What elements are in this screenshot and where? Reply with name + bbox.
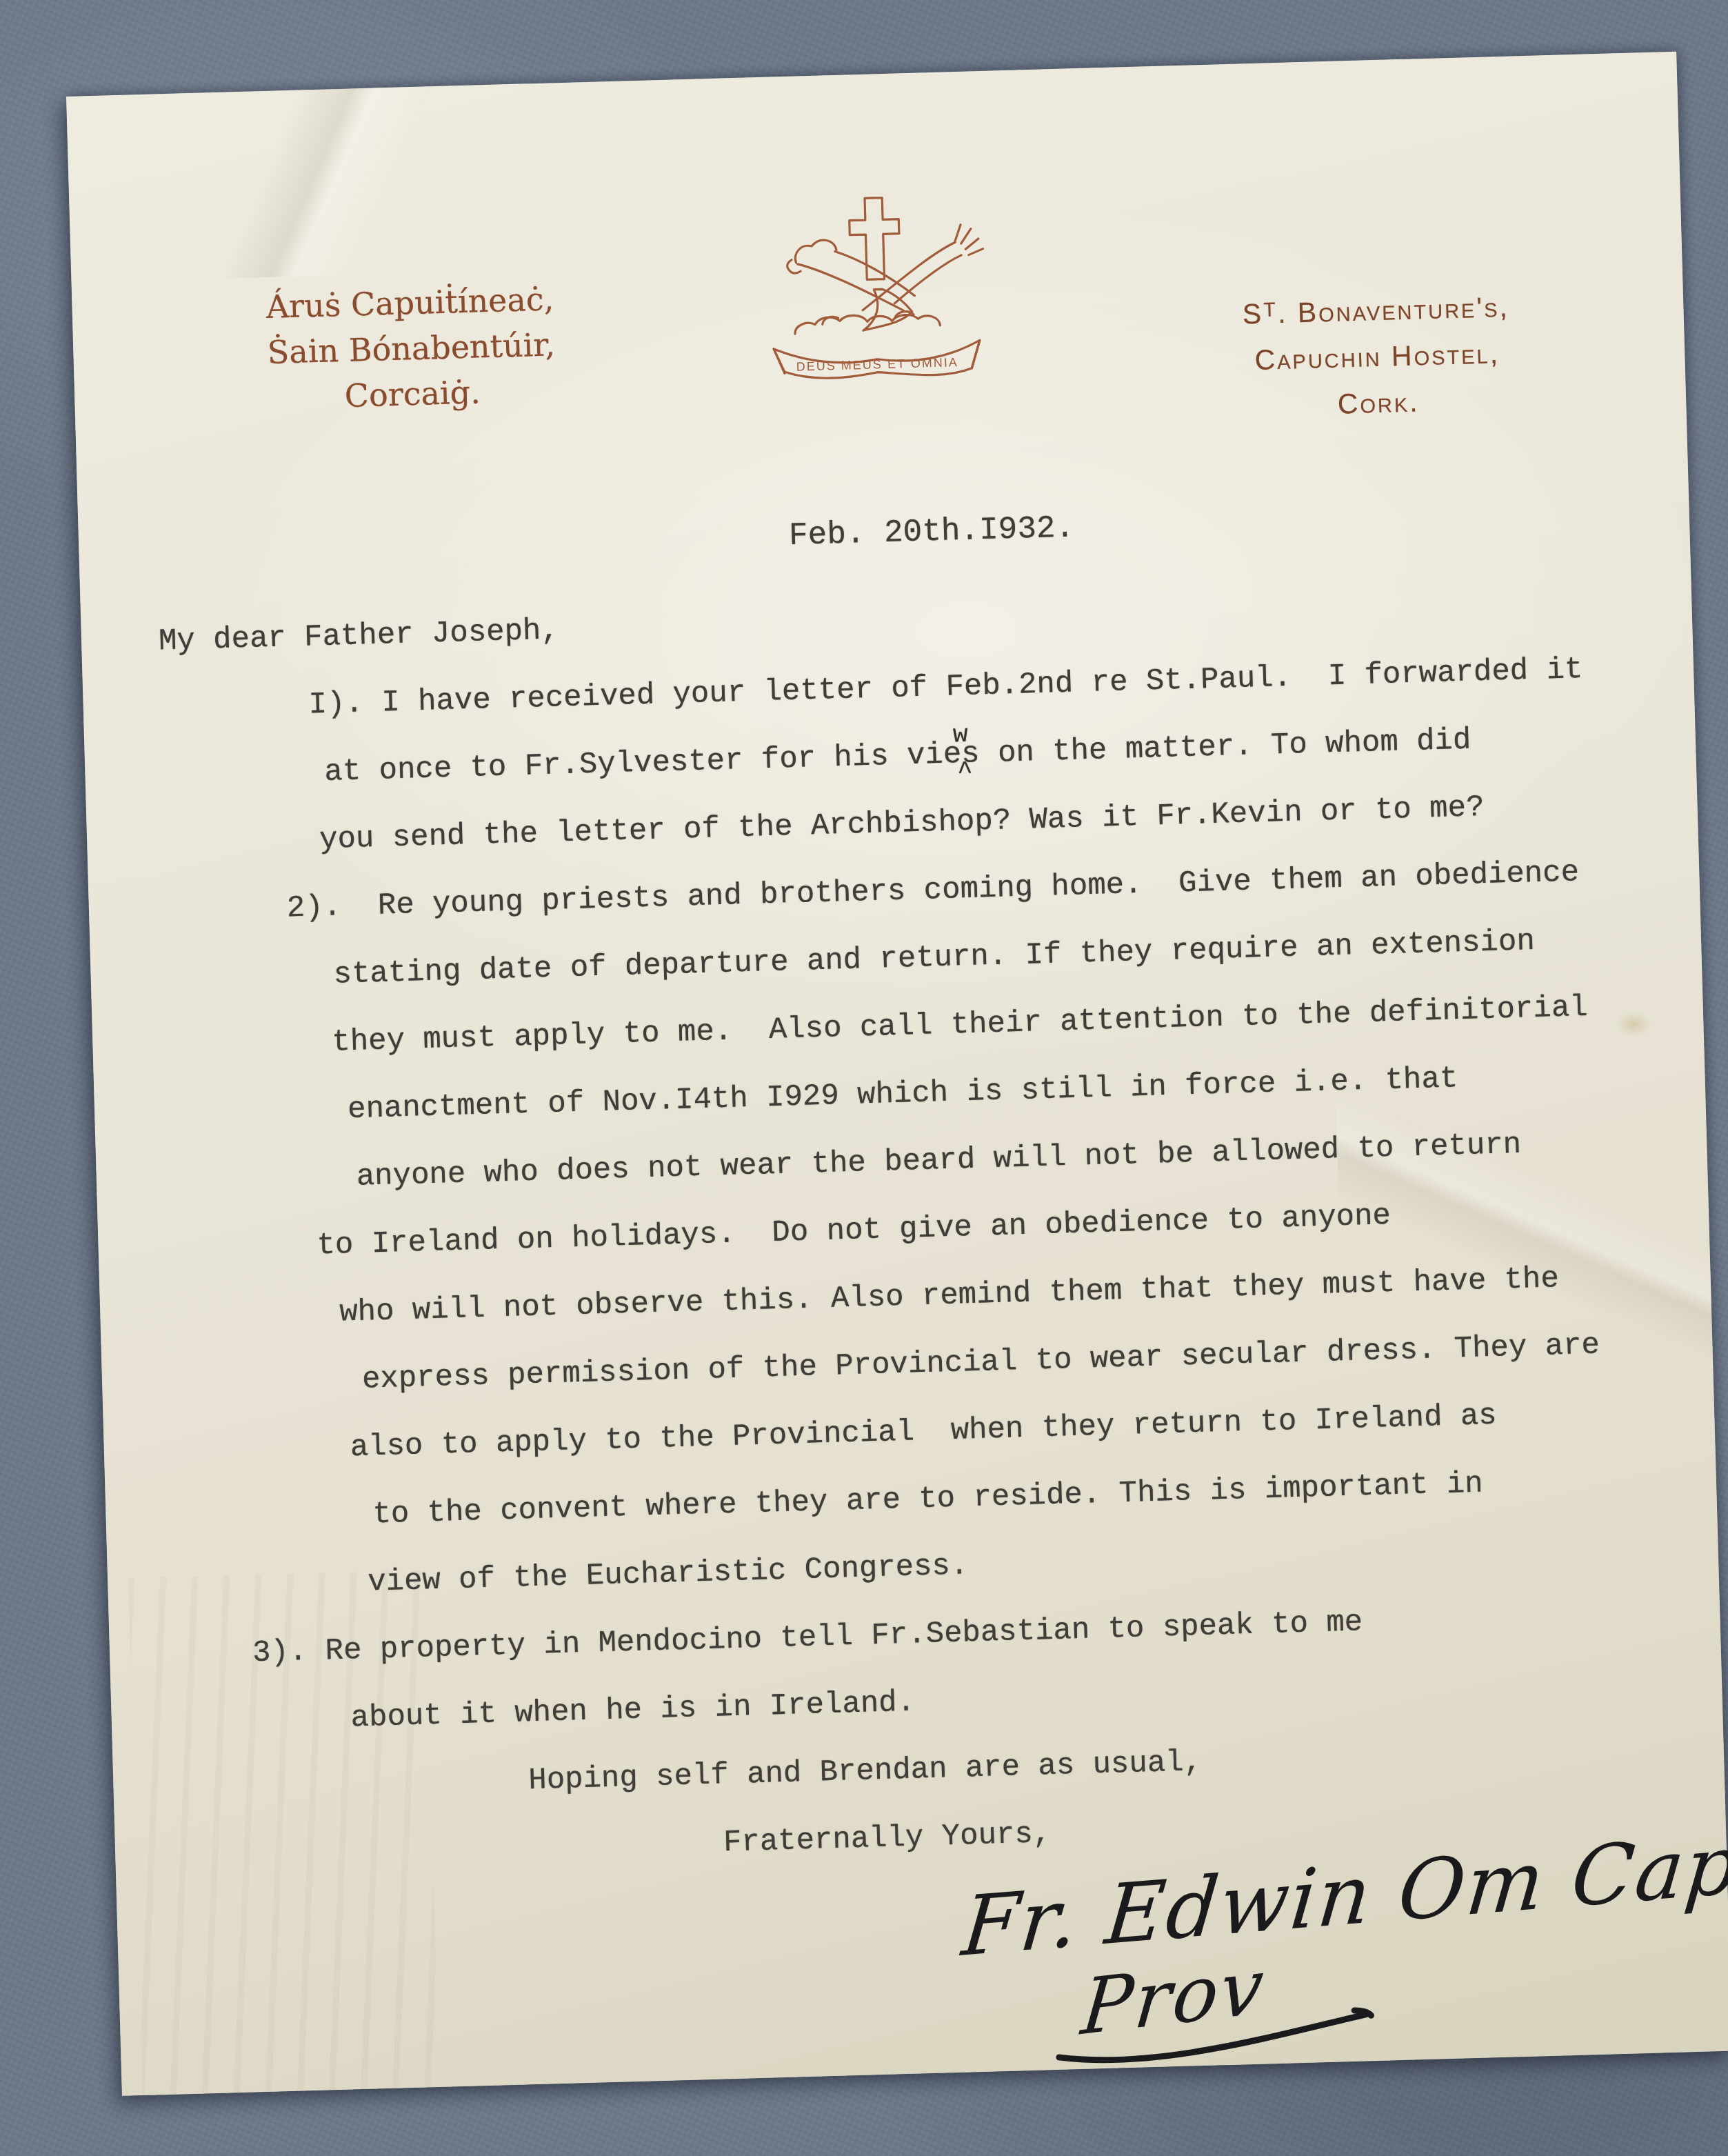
insertion-anchor: sw^ — [961, 720, 981, 788]
line-segment: on the matter. To whom did — [979, 723, 1471, 771]
english-address-line: Cork. — [1198, 375, 1558, 431]
motto-ribbon: DEUS MEUS ET OMNIA — [774, 340, 981, 379]
letter-date: Feb. 20th.I932. — [788, 510, 1074, 554]
letterhead-english-address: Sᵀ. Bonaventure's, Capuchin Hostel, Cork… — [1196, 283, 1558, 431]
letter-paper: Áruṡ Capuiṫíneaċ, Ṡain Bónabentúir, Corc… — [66, 52, 1728, 2096]
desk-background: Áruṡ Capuiṫíneaċ, Ṡain Bónabentúir, Corc… — [0, 0, 1728, 2156]
letter-body: My dear Father Joseph,I). I have receive… — [158, 566, 1682, 1892]
cross-icon — [849, 197, 901, 280]
line-segment: at once to Fr.Sylvester for his vie — [324, 737, 962, 790]
letterhead-irish-address: Áruṡ Capuiṫíneaċ, Ṡain Bónabentúir, Corc… — [210, 275, 613, 422]
crest-motto: DEUS MEUS ET OMNIA — [796, 355, 958, 374]
signature-flourish-icon — [1051, 2006, 1383, 2070]
capuchin-crest-icon: DEUS MEUS ET OMNIA — [748, 184, 1002, 398]
insertion-caret: ^ — [956, 739, 974, 807]
